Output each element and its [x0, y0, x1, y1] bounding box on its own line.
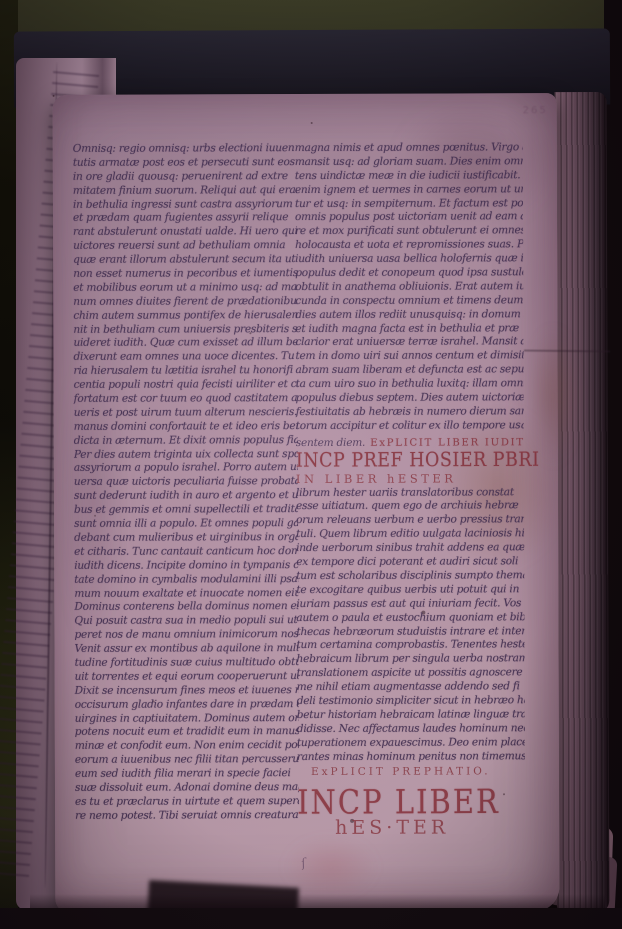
manuscript-text-line: dicta in æternum. Et dixit omnis populus…: [74, 434, 298, 449]
slide-frame-top: [0, 0, 622, 32]
manuscript-text-line: mum nouum exaltate et inuocate nomen eiu…: [74, 587, 298, 602]
manuscript-text-line: Omnisq: regio omnisq: urbs electioni iuu…: [73, 142, 297, 157]
manuscript-text-line: deli testimonio simpliciter sicut in heb…: [297, 694, 525, 709]
explicit-liber-iudith-rubric: ExPLICIT LIBER IUDITh.: [370, 437, 524, 448]
manuscript-text-line: chim autem summus pontifex de hierusalem…: [73, 309, 297, 324]
manuscript-photograph: 265 Omnisq: regio omnisq: urbs electioni…: [0, 0, 622, 929]
manuscript-text-line: iudith dicens. Incipite domino in tympan…: [74, 559, 298, 574]
manuscript-text-line: uictores reuersi sunt ad bethuliam omnia: [73, 239, 297, 254]
manuscript-text-line: omnis populus post uictoriam uenit ad ea…: [295, 211, 523, 226]
manuscript-text-line: tate domino in cymbalis modulamini illi …: [74, 573, 298, 588]
manuscript-text-line: eorum a iuuenibus nec filii titan percus…: [75, 753, 299, 768]
manuscript-text-line: thecas hebræorum studuistis intrare et i…: [296, 625, 524, 640]
manuscript-text-line: Dixit se incensurum fines meos et iuuene…: [75, 684, 299, 699]
text-column-left: Omnisq: regio omnisq: urbs electioni iuu…: [73, 142, 299, 823]
manuscript-text-line: uirgines in captiuitatem. Dominus autem …: [75, 712, 299, 727]
dust-specks: [53, 95, 55, 97]
manuscript-text-line: ex tempore dici poterant et audiri sicut…: [296, 555, 524, 570]
manuscript-text-line: sunt dederunt iudith in auro et argento …: [74, 489, 298, 504]
incipit-liber-hester-rubric: INCP LIBER: [297, 782, 525, 820]
manuscript-text-line: sunt omnia illi a populo. Et omnes popul…: [74, 517, 298, 532]
manuscript-text-line: ueris et post uirum tuum alterum nescier…: [74, 406, 298, 421]
text-column-right: magna nimis et apud omnes pœnitus. Virgo…: [295, 141, 525, 841]
manuscript-text-line: populus diebus septem. Dies autem uictor…: [296, 391, 524, 406]
manuscript-text-line: in bethulia ingressi sunt castra assyrio…: [73, 198, 297, 213]
manuscript-text-line: festiuitatis ab hebræis in numero dierum…: [296, 405, 524, 420]
manuscript-text-line: tum est scholaribus disciplinis sumpto t…: [296, 569, 524, 584]
manuscript-text-line: clarior erat uniuersæ terræ israhel. Man…: [295, 336, 523, 351]
manuscript-text-line: obtulit in anathema obliuionis. Erat aut…: [295, 280, 523, 295]
manuscript-text-line: tum certamina comprobastis. Tenentes hes…: [296, 639, 524, 654]
explicit-judith-line: sentem diem. ExPLICIT LIBER IUDITh.: [296, 433, 524, 448]
manuscript-text-line: mansit usq: ad gloriam suam. Dies enim o…: [295, 155, 523, 170]
manuscript-text-line: inde uerborum sinibus trahit addens ea q…: [296, 541, 524, 556]
manuscript-text-line: fortatum est cor tuum eo quod castitatem…: [74, 392, 298, 407]
manuscript-text-line: populus dedit et conopeum quod ipsa sust…: [295, 266, 523, 281]
manuscript-text-line: te excogitare quibus uerbis uti potuit q…: [296, 583, 524, 598]
manuscript-text-line: Dominus conterens bella dominus nomen es…: [74, 600, 298, 615]
manuscript-text-line: cunda in conspectu omnium et timens deum…: [295, 294, 523, 309]
manuscript-text-line: abram suam liberam et defuncta est ac se…: [296, 363, 524, 378]
manuscript-text-line: tuperationem expauescimus. Deo enim plac…: [297, 736, 525, 751]
manuscript-text-line: uideret iudith. Quæ cum exisset ad illum…: [73, 336, 297, 351]
manuscript-text-line: et iudith magna facta est in bethulia et…: [295, 322, 523, 337]
judith-ending-text: magna nimis et apud omnes pœnitus. Virgo…: [295, 141, 524, 433]
manuscript-text-line: et prædam quam fugientes assyrii relique: [73, 211, 297, 226]
explicit-prephatio-rubric: ExPLICIT PREPHATIO.: [297, 766, 525, 780]
manuscript-text-line: re et mox purificati sunt obtulerunt ei …: [295, 225, 523, 240]
manuscript-text-line: centia populi nostri quia fecisti uirili…: [74, 378, 298, 393]
manuscript-text-line: tuli. Quem librum editio uulgata lacinio…: [296, 528, 524, 543]
manuscript-text-line: rant abstulerunt onustati ualde. Hi uero…: [73, 225, 297, 240]
manuscript-text-line: hebraicum librum per singula uerba nostr…: [297, 653, 525, 668]
manuscript-text-line: torum accipitur et colitur ex illo tempo…: [296, 419, 524, 434]
manuscript-text-line: uit torrentes et equi eorum cooperuerunt…: [75, 670, 299, 685]
manuscript-text-line: ria hierusalem tu lætitia israhel tu hon…: [74, 364, 298, 379]
manuscript-text-line: assyriorum a populo israhel. Porro autem…: [74, 462, 298, 477]
manuscript-text-line: iuriam passus est aut qui iniuriam fecit…: [296, 597, 524, 612]
manuscript-text-line: in ore gladii quousq: peruenirent ad ext…: [73, 170, 297, 185]
manuscript-text-line: Per dies autem triginta uix collecta sun…: [74, 448, 298, 463]
manuscript-text-line: autem o paula et eustochium quoniam et b…: [296, 611, 524, 626]
explicit-judith-prefix: sentem diem.: [296, 436, 365, 447]
manuscript-text-line: tudine fortitudinis suæ cuius multitudo …: [75, 656, 299, 671]
manuscript-text-line: tem in domo uiri sui annos centum et dim…: [295, 350, 523, 365]
manuscript-text-line: non esset numerus in pecoribus et iument…: [73, 267, 297, 282]
manuscript-text-line: bus et gemmis et omni supellectili et tr…: [74, 503, 298, 518]
manuscript-text-line: me nihil etiam augmentasse addendo sed f…: [297, 680, 525, 695]
manuscript-text-line: uersa quæ uictoris peculiaria fuisse pro…: [74, 475, 298, 490]
manuscript-text-line: suæ dissoluit eum. Adonai domine deus ma…: [75, 781, 299, 796]
manuscript-text-line: re nemo potest. Tibi seruiat omnis creat…: [75, 809, 299, 824]
folio-number: 265: [523, 105, 548, 116]
manuscript-text-line: tens uindictæ meæ in die iudicii iustifi…: [295, 169, 523, 184]
manuscript-text-line: debant cum mulieribus et uirginibus in o…: [74, 531, 298, 546]
manuscript-text-line: manus domini confortauit te et ideo eris…: [74, 420, 298, 435]
manuscript-text-line: num omnes diuites fierent de prædationib…: [73, 295, 297, 310]
manuscript-text-line: tur et usq: in sempiternum. Et factum es…: [295, 197, 523, 212]
manuscript-text-line: quæ erant illorum abstulerunt secum ita …: [73, 253, 297, 268]
jerome-preface-text: librum hester uariis translatoribus cons…: [296, 486, 525, 765]
manuscript-text-line: dixerunt eam omnes una uoce dicentes. Tu…: [73, 350, 297, 365]
manuscript-text-line: occisurum gladio infantes dare in prædam…: [75, 698, 299, 713]
manuscript-text-line: magna nimis et apud omnes pœnitus. Virgo…: [295, 141, 523, 156]
manuscript-text-line: peret nos de manu omnium inimicorum nost…: [74, 628, 298, 643]
manuscript-text-line: esse uitiatum. quem ego de archiuis hebr…: [296, 500, 524, 515]
manuscript-text-line: betur historiam hebraicam latinæ linguæ …: [297, 708, 525, 723]
manuscript-text-line: nit in bethuliam cum uniuersis presbiter…: [73, 323, 297, 338]
manuscript-text-line: et citharis. Tunc cantauit canticum hoc …: [74, 545, 298, 560]
manuscript-text-line: dies autem illos rediit unusquisq: in do…: [295, 308, 523, 323]
manuscript-text-line: didisse. Nec affectamus laudes hominum n…: [297, 722, 525, 737]
manuscript-text-line: translationem aspicite ut possitis agnos…: [297, 666, 525, 681]
fore-edge-stain: [528, 326, 578, 466]
manuscript-text-line: Qui posuit castra sua in medio populi su…: [74, 614, 298, 629]
manuscript-text-line: rantes minas hominum penitus non timemus…: [297, 750, 525, 765]
manuscript-text-line: orum releuans uerbum e uerbo pressius tr…: [296, 514, 524, 529]
manuscript-text-line: holocausta et uota et repromissiones sua…: [295, 238, 523, 253]
manuscript-text-line: mitatem finium suorum. Reliqui aut qui e…: [73, 184, 297, 199]
manuscript-text-line: librum hester uariis translatoribus cons…: [296, 486, 524, 501]
manuscript-text-line: potens nocuit eum et tradidit eum in man…: [75, 725, 299, 740]
manuscript-text-line: es tu et præclarus in uirtute et quem su…: [75, 795, 299, 810]
manuscript-text-line: eum sed iudith filia merari in specie fa…: [75, 767, 299, 782]
manuscript-text-line: Venit assur ex montibus ab aquilone in m…: [74, 642, 298, 657]
in-liber-hester-rubric: IN LIBER hESTER: [296, 471, 524, 487]
slide-frame-bottom: [0, 908, 622, 929]
manuscript-text-line: enim ignem et uermes in carnes eorum ut …: [295, 183, 523, 198]
manuscript-text-line: ta cum uiro suo in bethulia luxitq: illa…: [296, 377, 524, 392]
manuscript-text-line: tutis armatæ post eos et persecuti sunt …: [73, 156, 297, 171]
manuscript-page: 265 Omnisq: regio omnisq: urbs electioni…: [53, 93, 560, 913]
manuscript-text-line: minæ et confodit eum. Non enim cecidit p…: [75, 739, 299, 754]
manuscript-text-line: iudith uniuersa uasa bellica holofernis …: [295, 252, 523, 267]
manuscript-text-line: et mobilibus eorum ut a minimo usq: ad m…: [73, 281, 297, 296]
incipit-preface-rubric: INCP PREF HOSIER PBRI: [296, 449, 524, 472]
